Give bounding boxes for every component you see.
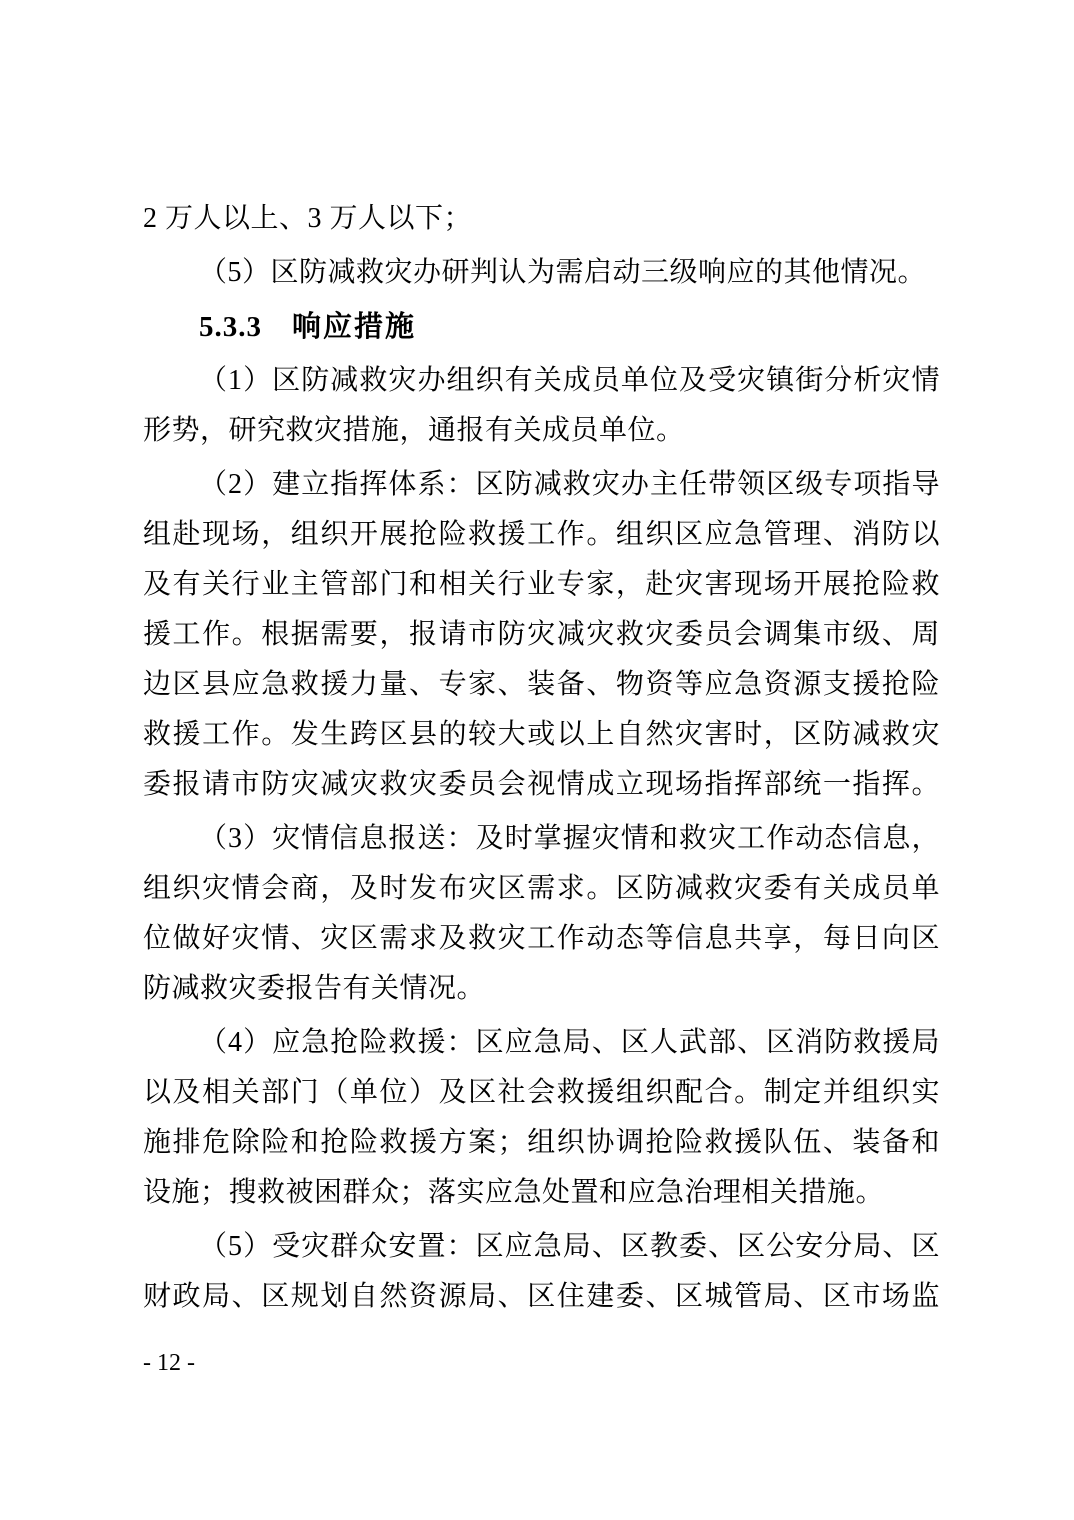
text-line: （5）区防减救灾办研判认为需启动三级响应的其他情况。 [143,248,940,298]
text-line: 救援工作。发生跨区县的较大或以上自然灾害时，区防减救灾 [143,710,940,760]
document-body: 2 万人以上、3 万人以下； （5）区防减救灾办研判认为需启动三级响应的其他情况… [143,194,940,1322]
paragraph-item-5: （5）受灾群众安置：区应急局、区教委、区公安分局、区 财政局、区规划自然资源局、… [143,1222,940,1322]
text-line: 及有关行业主管部门和相关行业专家，赴灾害现场开展抢险救 [143,560,940,610]
text-line: 财政局、区规划自然资源局、区住建委、区城管局、区市场监 [143,1272,940,1322]
document-page: 2 万人以上、3 万人以下； （5）区防减救灾办研判认为需启动三级响应的其他情况… [0,0,1074,1520]
text-line: （1）区防减救灾办组织有关成员单位及受灾镇街分析灾情 [143,356,940,406]
text-line: （5）受灾群众安置：区应急局、区教委、区公安分局、区 [143,1222,940,1272]
text-line: 位做好灾情、灾区需求及救灾工作动态等信息共享，每日向区 [143,914,940,964]
text-line: （3）灾情信息报送：及时掌握灾情和救灾工作动态信息， [143,814,940,864]
text-line: 形势，研究救灾措施，通报有关成员单位。 [143,406,940,456]
text-line: 以及相关部门（单位）及区社会救援组织配合。制定并组织实 [143,1068,940,1118]
text-line: （4）应急抢险救援：区应急局、区人武部、区消防救援局 [143,1018,940,1068]
text-line: 2 万人以上、3 万人以下； [143,194,940,244]
text-line: 组织灾情会商，及时发布灾区需求。区防减救灾委有关成员单 [143,864,940,914]
text-line: 委报请市防灾减灾救灾委员会视情成立现场指挥部统一指挥。 [143,760,940,810]
paragraph-item-3: （3）灾情信息报送：及时掌握灾情和救灾工作动态信息， 组织灾情会商，及时发布灾区… [143,814,940,1014]
section-title: 响应措施 [292,311,416,343]
paragraph-item-2: （2）建立指挥体系：区防减救灾办主任带领区级专项指导 组赴现场，组织开展抢险救援… [143,460,940,810]
text-line: 援工作。根据需要，报请市防灾减灾救灾委员会调集市级、周 [143,610,940,660]
text-line: 边区县应急救援力量、专家、装备、物资等应急资源支援抢险 [143,660,940,710]
paragraph-item-5-intro: （5）区防减救灾办研判认为需启动三级响应的其他情况。 [143,248,940,298]
text-line: 设施；搜救被困群众；落实应急处置和应急治理相关措施。 [143,1168,940,1218]
text-line: 施排危除险和抢险救援方案；组织协调抢险救援队伍、装备和 [143,1118,940,1168]
text-line: 组赴现场，组织开展抢险救援工作。组织区应急管理、消防以 [143,510,940,560]
paragraph-item-4: （4）应急抢险救援：区应急局、区人武部、区消防救援局 以及相关部门（单位）及区社… [143,1018,940,1218]
section-number: 5.3.3 [199,311,262,343]
section-heading: 5.3.3响应措施 [143,302,940,352]
text-line: 防减救灾委报告有关情况。 [143,964,940,1014]
page-number: - 12 - [143,1348,195,1378]
text-line: （2）建立指挥体系：区防减救灾办主任带领区级专项指导 [143,460,940,510]
continuation-paragraph: 2 万人以上、3 万人以下； [143,194,940,244]
paragraph-item-1: （1）区防减救灾办组织有关成员单位及受灾镇街分析灾情 形势，研究救灾措施，通报有… [143,356,940,456]
